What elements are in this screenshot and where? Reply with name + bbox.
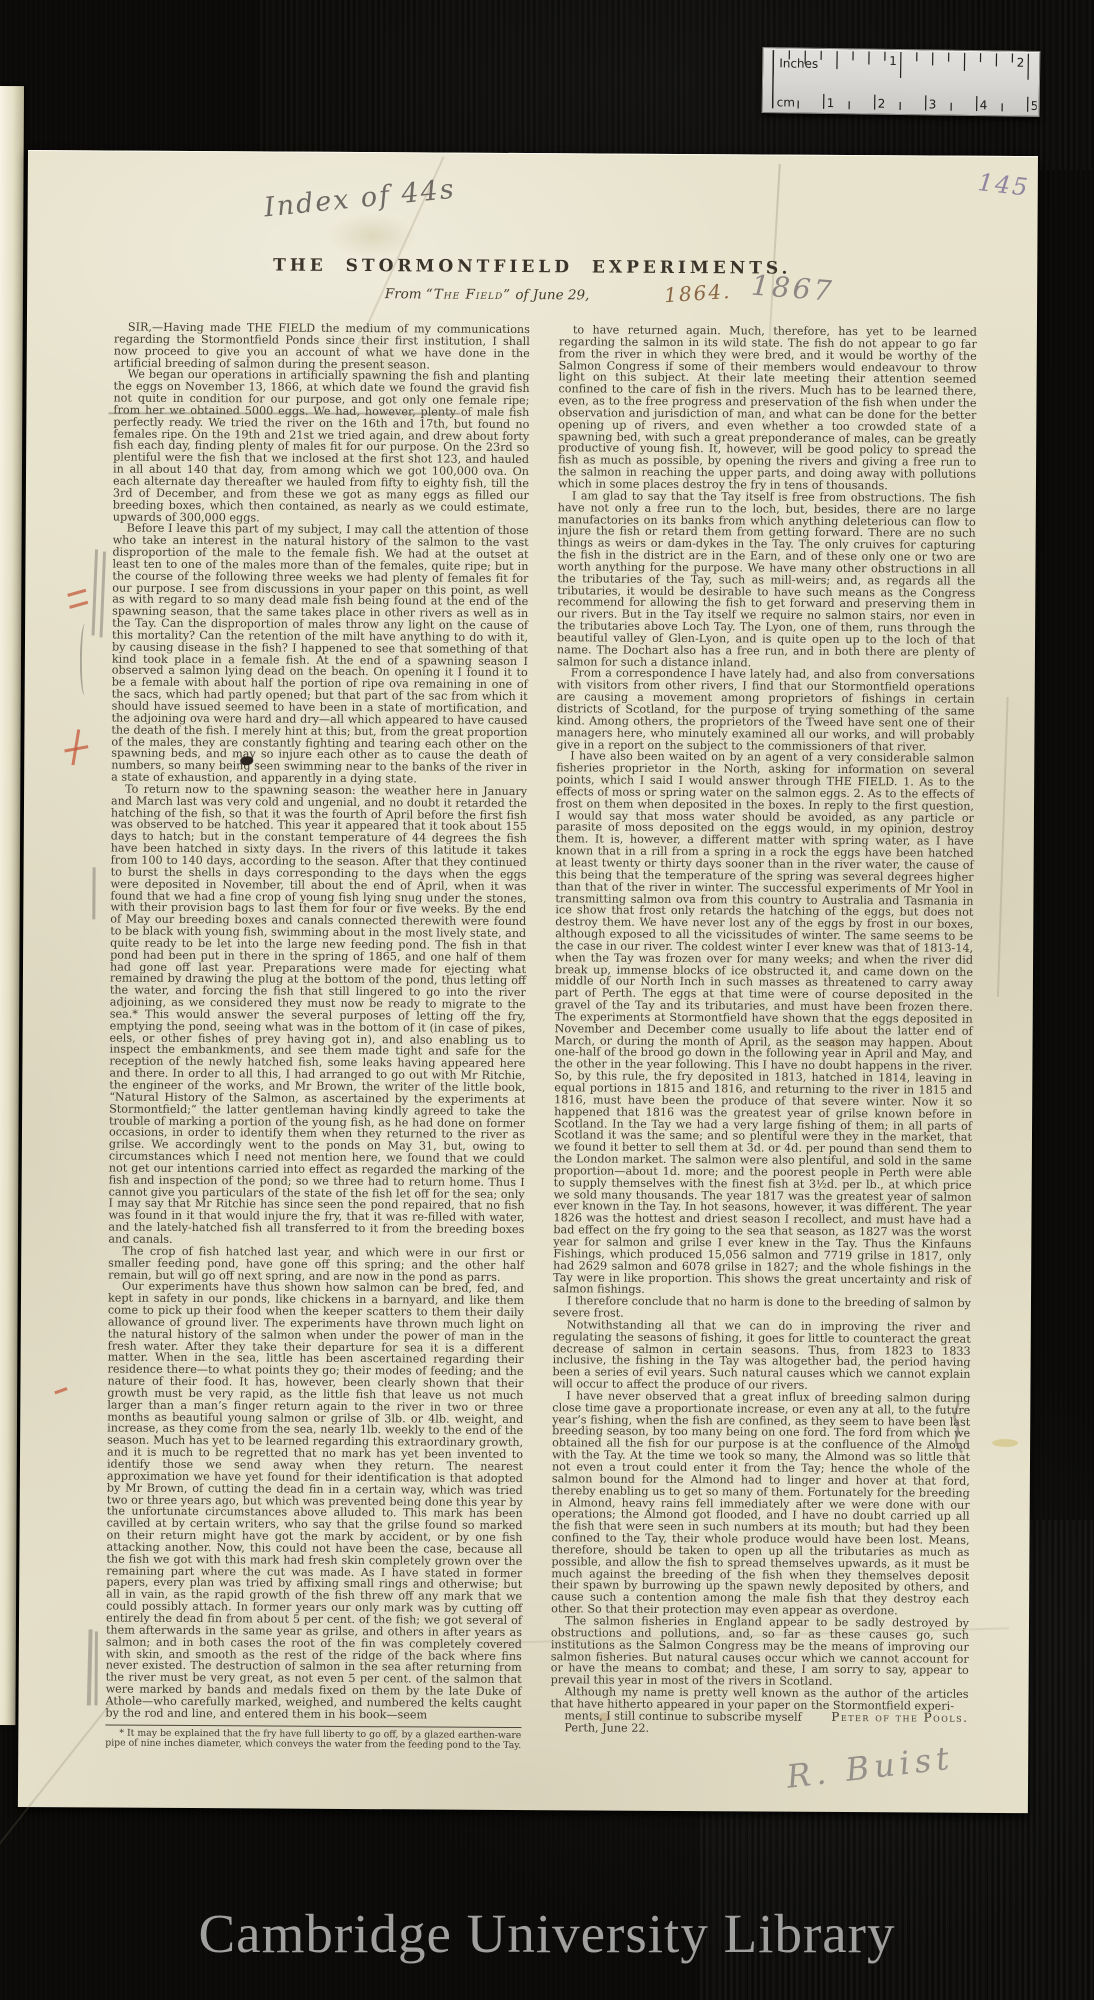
article-paragraph: I have also been waited on by an agent o… <box>553 751 974 1298</box>
library-watermark: Cambridge University Library <box>0 1902 1094 1965</box>
article-paragraph: Before I leave this part of my subject, … <box>111 523 529 786</box>
pencil-paren-mark <box>80 623 90 695</box>
source-prefix: From <box>385 286 426 302</box>
article-paragraph: Although my name is pretty well known as… <box>550 1686 968 1712</box>
article-title: THE STORMONTFIELD EXPERIMENTS. <box>37 254 1027 280</box>
svg-text:2: 2 <box>878 97 886 111</box>
svg-text:4: 4 <box>980 98 988 112</box>
article-paragraph: From a correspondence I have lately had,… <box>556 668 974 753</box>
paper-crease <box>0 1701 113 1851</box>
svg-text:3: 3 <box>929 97 937 111</box>
article-paragraph: The crop of fish hatched last year, and … <box>108 1245 524 1283</box>
handwritten-top-note: Index of 44s <box>263 174 457 224</box>
article-paragraph: I am glad to say that the Tay itself is … <box>557 490 976 670</box>
ruler-cm-label: cm <box>777 95 795 109</box>
article-paragraph: Notwithstanding all that we can do in im… <box>552 1319 970 1393</box>
handwritten-signature: R. Buist <box>785 1739 956 1796</box>
article-paragraph: to have returned again. Much, therefore,… <box>558 324 977 492</box>
pencil-margin-mark <box>94 1631 97 1705</box>
red-crayon-mark <box>69 601 88 609</box>
article-paragraph: The salmon fisheries in England appear t… <box>551 1615 969 1689</box>
svg-text:5: 5 <box>1031 99 1038 113</box>
scanned-page: Index of 44s 145 THE STORMONTFIELD EXPER… <box>18 150 1038 1813</box>
article-right-column: to have returned again. Much, therefore,… <box>550 324 977 1736</box>
article-paragraph: To return now to the spawning season: th… <box>108 783 527 1247</box>
svg-text:1: 1 <box>827 96 835 110</box>
source-suffix: of June 29, <box>511 287 589 303</box>
svg-text:1: 1 <box>889 54 897 68</box>
red-crayon-mark <box>71 729 80 765</box>
article-paragraph: We began our operations in artificially … <box>113 369 530 526</box>
handwritten-pencil-year: 1867 <box>750 269 836 308</box>
article-footnote: * It may be explained that the fry have … <box>105 1728 521 1752</box>
ruler-scale: Inches cm 1212345 <box>763 48 1038 114</box>
stain-spot <box>327 213 417 260</box>
article-paragraph: Our experiments have thus shown how salm… <box>105 1281 524 1722</box>
red-crayon-mark <box>54 1387 67 1394</box>
pencil-margin-mark <box>87 1629 93 1705</box>
left-column-paragraphs: SIR,—Having made THE FIELD the medium of… <box>105 322 530 1722</box>
measuring-ruler: Inches cm 1212345 <box>762 47 1041 117</box>
article-paragraph: SIR,—Having made THE FIELD the medium of… <box>114 322 530 372</box>
red-crayon-mark <box>64 745 88 752</box>
article-paragraph: I have never observed that a great influ… <box>551 1390 970 1618</box>
pencil-margin-mark <box>92 867 95 919</box>
source-publication-name: “The Field” <box>426 286 511 303</box>
right-column-paragraphs: to have returned again. Much, therefore,… <box>550 324 976 1712</box>
ruler-inches-label: Inches <box>779 56 818 71</box>
pencil-margin-mark <box>92 549 99 635</box>
paper-crease <box>997 697 1009 997</box>
pencil-margin-mark <box>100 551 107 637</box>
printed-signature: Peter of the Pools. <box>831 1712 968 1725</box>
stain-spot <box>992 1439 1018 1447</box>
svg-text:2: 2 <box>1017 56 1025 70</box>
red-crayon-mark <box>67 589 86 597</box>
handwritten-ink-year: 1864. <box>663 279 732 307</box>
article-left-column: SIR,—Having made THE FIELD the medium of… <box>105 322 530 1752</box>
folio-number-annotation: 145 <box>976 168 1031 202</box>
